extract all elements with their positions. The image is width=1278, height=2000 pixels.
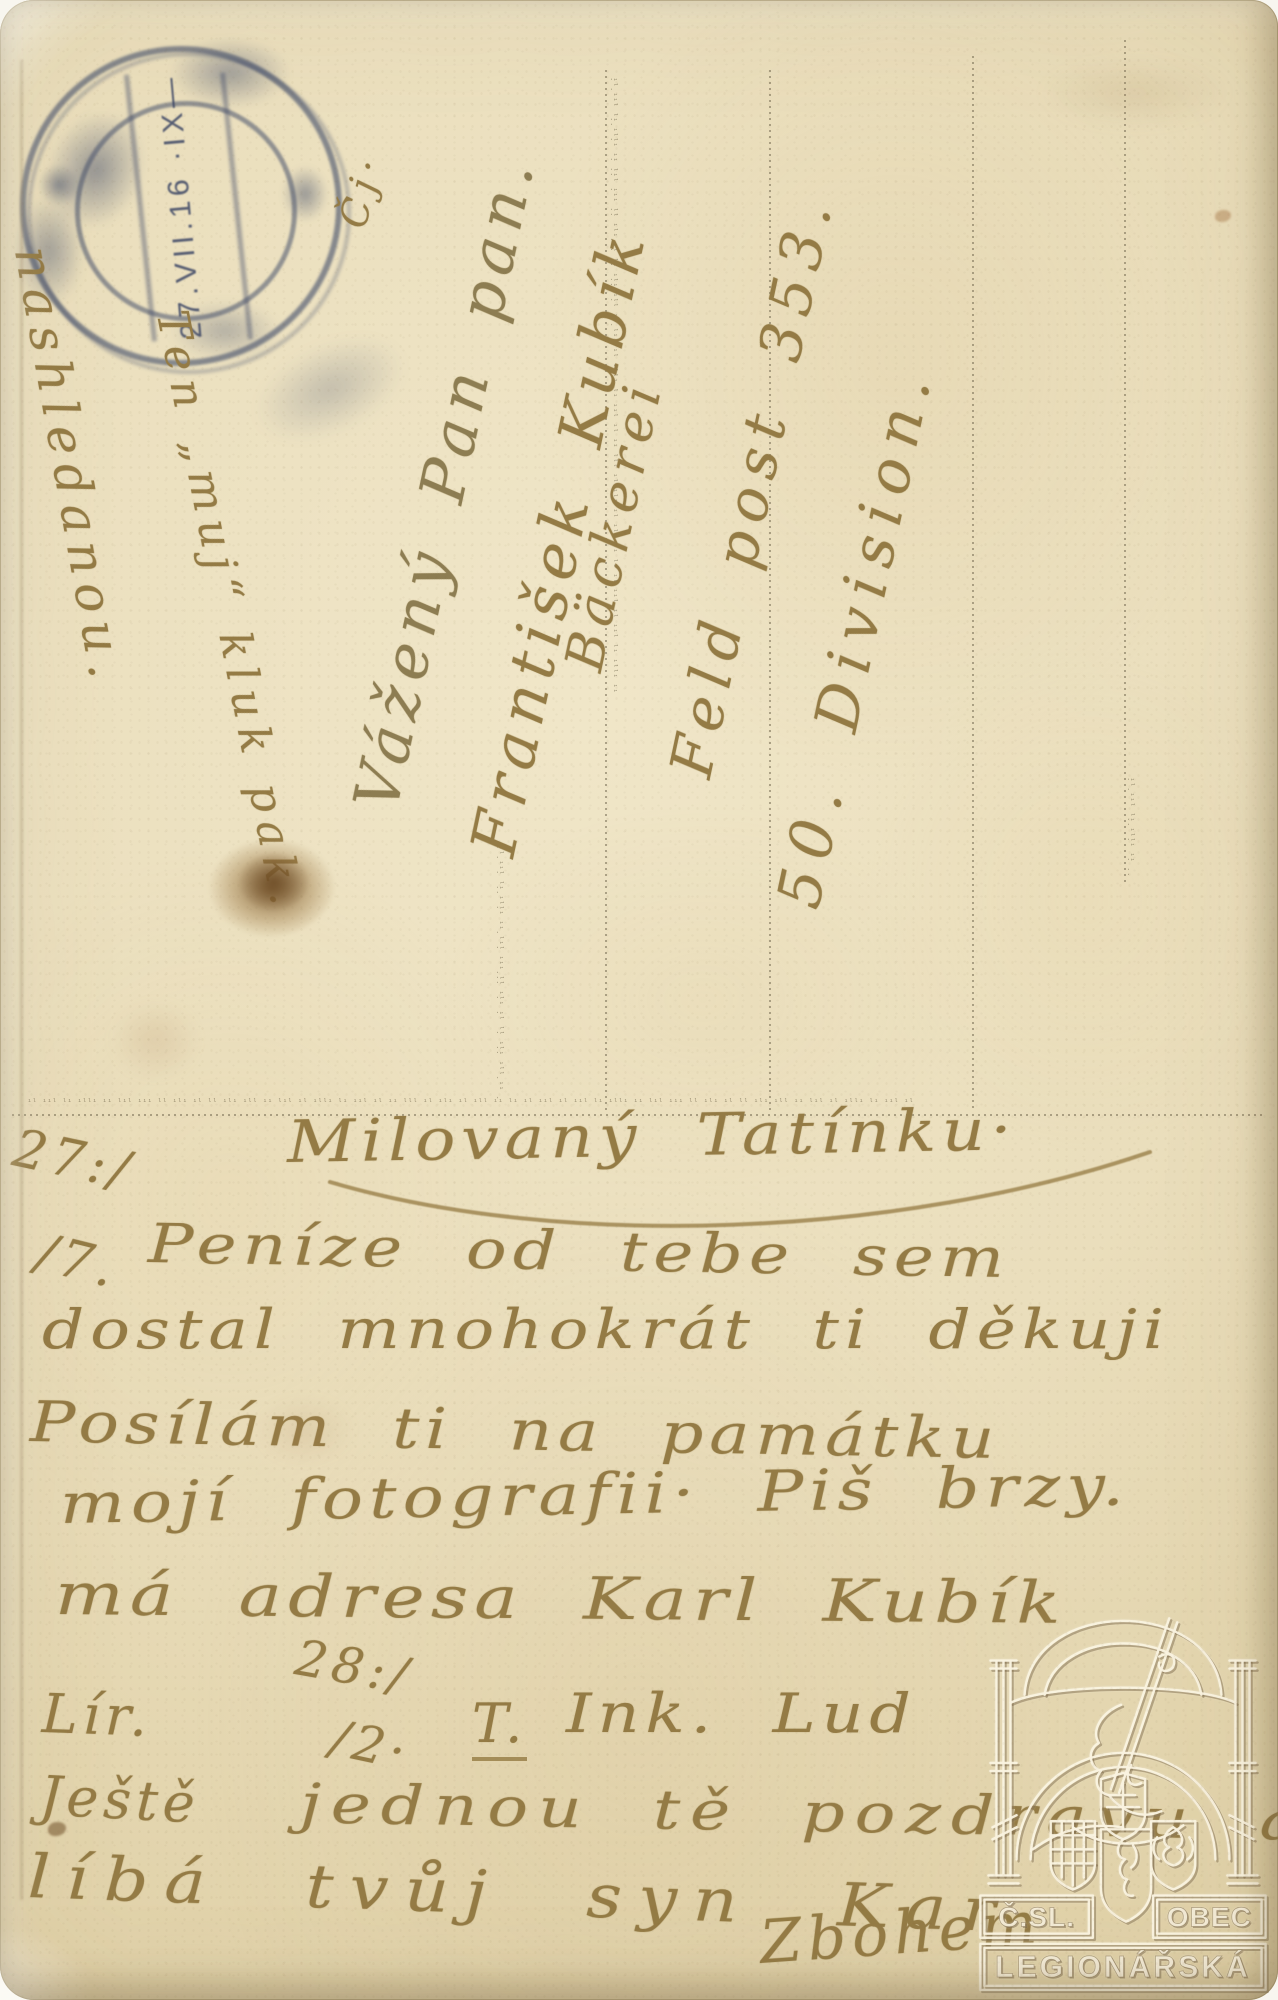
message-line-8a: Ještě [38, 1764, 201, 1835]
message-line-2: Peníze od tebe sem [147, 1212, 1010, 1290]
micro-imprint-strip-2: ıl ııl lı ıllı ıı lıl ııı ll ılı ıl ll ı… [497, 846, 504, 1108]
message-line-5: mojí fotografii· Piš brzy. [59, 1453, 1130, 1537]
message-line-7e: Ink. Lud [566, 1682, 917, 1745]
address-rule-v3 [972, 56, 974, 1108]
postcard-scan: ıl ııl lı ıllı ıı lıl ııı ll ılı ıl ll ı… [0, 0, 1278, 2000]
faint-stain-1 [110, 1000, 200, 1080]
message-date-b: /7. [31, 1223, 125, 1301]
message-date-a: 27:/ [8, 1119, 139, 1203]
message-line-7b: 28:/ [291, 1628, 417, 1705]
foxing-dot [1215, 210, 1231, 222]
bottom-left-corner-highlight [0, 1880, 150, 2000]
message-heading: Milovaný Tatínku· [286, 1095, 1018, 1176]
watermark-text-shadow: OBEC [1168, 1903, 1253, 1934]
message-line-3: dostal mnohokrát ti děkuji [42, 1298, 1170, 1361]
postcard-paper: ıl ııl lı ıllı ıı lıl ııı ll ılı ıl ll ı… [0, 0, 1278, 2000]
top-right-smudge [1040, 58, 1230, 128]
edge-note-2: Ten „muj“ kluk pak. [146, 306, 313, 918]
watermark-text-obec: OBEC [1167, 1902, 1252, 1933]
address-rule-v4 [1124, 40, 1126, 882]
message-line-7c: /2· [326, 1709, 416, 1782]
message-line-7a: Lír. [41, 1682, 153, 1749]
message-line-8b: jednou tě pozdravu a [299, 1772, 1278, 1853]
micro-imprint-strip-3: ıl ııl lı ıllı ıı lıl ııı ll ılı ıl ll ı… [1128, 778, 1135, 882]
left-edge-crease [20, 60, 23, 1900]
message-line-6: má adresa Karl Kubík [55, 1560, 1067, 1637]
address-rule-v2 [769, 70, 771, 1110]
message-line-7d: T. [472, 1692, 527, 1761]
top-left-corner-crease [0, 0, 110, 110]
